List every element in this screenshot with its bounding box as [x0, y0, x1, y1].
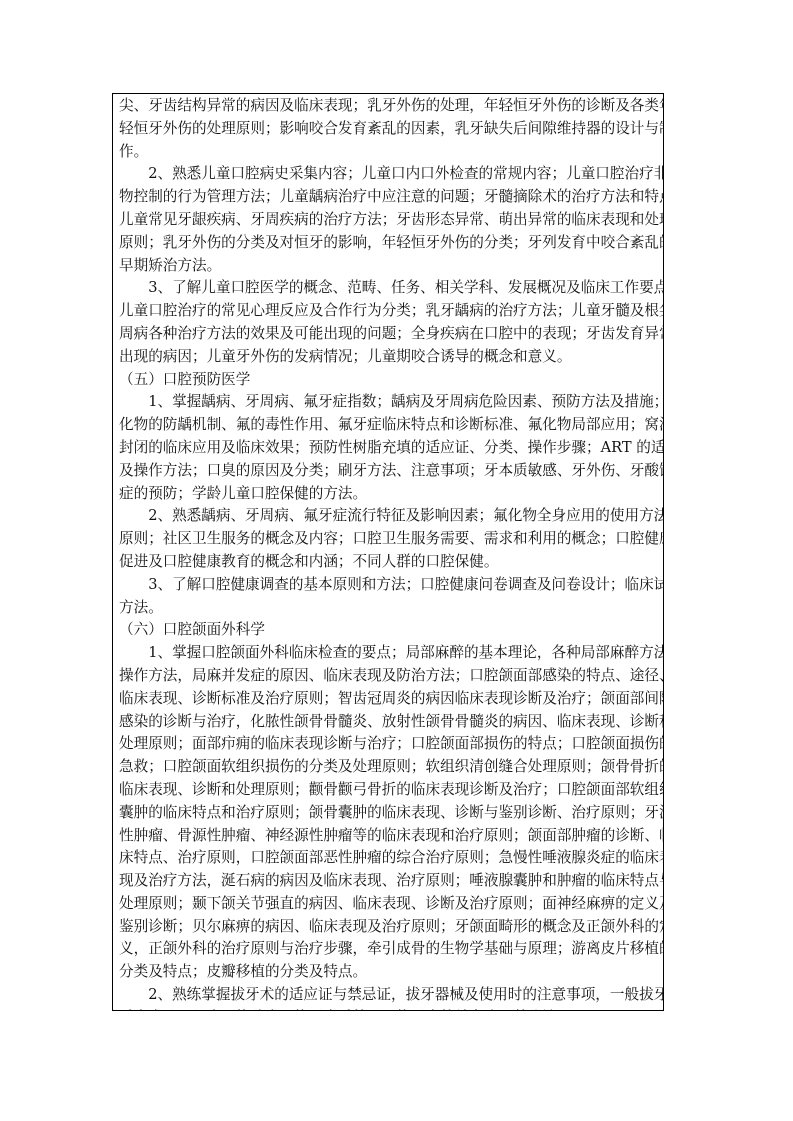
text-line: 操作方法，局麻并发症的原因、临床表现及防治方法；口腔颌面部感染的特点、途径、 [119, 665, 658, 688]
paragraph: 2、熟悉龋病、牙周病、氟牙症流行特征及影响因素；氟化物全身应用的使用方法及原则；… [119, 505, 658, 573]
section-heading: （五）口腔预防医学 [119, 369, 658, 392]
paragraph: 3、了解口腔健康调查的基本原则和方法；口腔健康问卷调查及问卷设计；临床试验方法。 [119, 574, 658, 620]
text-line: 处理原则；颞下颌关节强直的病因、临床表现、诊断及治疗原则；面神经麻痹的定义及 [119, 893, 658, 916]
text-line: 处理原则；面部疖痈的临床表现诊断与治疗；口腔颌面部损伤的特点；口腔颌面损伤的 [119, 733, 658, 756]
text-line: 原则；社区卫生服务的概念及内容；口腔卫生服务需要、需求和利用的概念；口腔健康 [119, 528, 658, 551]
text-line: 儿童口腔治疗的常见心理反应及合作行为分类；乳牙龋病的治疗方法；儿童牙髓及根尖 [119, 300, 658, 323]
paragraph: 3、了解儿童口腔医学的概念、范畴、任务、相关学科、发展概况及临床工作要点；儿童口… [119, 277, 658, 368]
text-line: 症的预防；学龄儿童口腔保健的方法。 [119, 483, 658, 506]
paragraph: 1、掌握口腔颌面外科临床检查的要点；局部麻醉的基本理论，各种局部麻醉方法的操作方… [119, 642, 658, 984]
syllabus-text-box: 尖、牙齿结构异常的病因及临床表现；乳牙外伤的处理，年轻恒牙外伤的诊断及各类年轻恒… [112, 93, 664, 1011]
section-heading: （六）口腔颌面外科学 [119, 619, 658, 642]
text-line: 3、了解口腔健康调查的基本原则和方法；口腔健康问卷调查及问卷设计；临床试验 [119, 574, 658, 597]
text-line: 物控制的行为管理方法；儿童龋病治疗中应注意的问题；牙髓摘除术的治疗方法和特点； [119, 186, 658, 209]
text-line: 3、了解儿童口腔医学的概念、范畴、任务、相关学科、发展概况及临床工作要点； [119, 277, 658, 300]
text-line: 化物的防龋机制、氟的毒性作用、氟牙症临床特点和诊断标准、氟化物局部应用；窝沟 [119, 414, 658, 437]
text-line: 促进及口腔健康教育的概念和内涵；不同人群的口腔保健。 [119, 551, 658, 574]
text-line: 尖、牙齿结构异常的病因及临床表现；乳牙外伤的处理，年轻恒牙外伤的诊断及各类年 [119, 95, 658, 118]
text-line: 临床表现、诊断和处理原则；颧骨颧弓骨折的临床表现诊断及治疗；口腔颌面部软组织 [119, 779, 658, 802]
text-line: 方法。 [119, 597, 658, 620]
paragraph: 1、掌握龋病、牙周病、氟牙症指数；龋病及牙周病危险因素、预防方法及措施；氟化物的… [119, 391, 658, 505]
text-line: 义，正颌外科的治疗原则与治疗步骤，牵引成骨的生物学基础与原理；游离皮片移植的 [119, 938, 658, 961]
text-line: 周病各种治疗方法的效果及可能出现的问题；全身疾病在口腔中的表现；牙齿发育异常 [119, 323, 658, 346]
text-line: 囊肿的临床特点和治疗原则；颌骨囊肿的临床表现、诊断与鉴别诊断、治疗原则；牙源 [119, 802, 658, 825]
text-line: 性肿瘤、骨源性肿瘤、神经源性肿瘤等的临床表现和治疗原则；颌面部肿瘤的诊断、临 [119, 825, 658, 848]
text-line: 分类及特点；皮瓣移植的分类及特点。 [119, 961, 658, 984]
text-line: 2、熟悉龋病、牙周病、氟牙症流行特征及影响因素；氟化物全身应用的使用方法及 [119, 505, 658, 528]
text-line: 2、熟练掌握拔牙术的适应证与禁忌证，拔牙器械及使用时的注意事项，一般拔牙术 [119, 984, 658, 1007]
paragraph: 2、熟悉儿童口腔病史采集内容；儿童口内口外检查的常规内容；儿童口腔治疗非药物控制… [119, 163, 658, 277]
text-line: 临床表现、诊断标准及治疗原则；智齿冠周炎的病因临床表现诊断及治疗；颌面部间隙 [119, 688, 658, 711]
text-line: 感染的诊断与治疗，化脓性颌骨骨髓炎、放射性颌骨骨髓炎的病因、临床表现、诊断和 [119, 711, 658, 734]
heading-text: （五）口腔预防医学 [119, 369, 658, 392]
text-line: 手术步骤、阻生牙拔除术、拔牙术后处理、拔牙术的并发症及其防治。 [119, 1007, 658, 1011]
text-line: 急救；口腔颌面软组织损伤的分类及处理原则；软组织清创缝合处理原则；颌骨骨折的 [119, 756, 658, 779]
text-line: 现及治疗方法，涎石病的病因及临床表现、治疗原则；唾液腺囊肿和肿瘤的临床特点与 [119, 870, 658, 893]
text-line: 及操作方法；口臭的原因及分类；刷牙方法、注意事项；牙本质敏感、牙外伤、牙酸蚀 [119, 460, 658, 483]
text-line: 原则；乳牙外伤的分类及对恒牙的影响，年轻恒牙外伤的分类；牙列发育中咬合紊乱的 [119, 232, 658, 255]
text-line: 床特点、治疗原则，口腔颌面部恶性肿瘤的综合治疗原则；急慢性唾液腺炎症的临床表 [119, 847, 658, 870]
text-line: 轻恒牙外伤的处理原则；影响咬合发育紊乱的因素，乳牙缺失后间隙维持器的设计与制 [119, 118, 658, 141]
text-line: 早期矫治方法。 [119, 255, 658, 278]
text-line: 1、掌握口腔颌面外科临床检查的要点；局部麻醉的基本理论，各种局部麻醉方法的 [119, 642, 658, 665]
text-line: 儿童常见牙龈疾病、牙周疾病的治疗方法；牙齿形态异常、萌出异常的临床表现和处理 [119, 209, 658, 232]
heading-text: （六）口腔颌面外科学 [119, 619, 658, 642]
text-line: 出现的病因；儿童牙外伤的发病情况；儿童期咬合诱导的概念和意义。 [119, 346, 658, 369]
text-line: 封闭的临床应用及临床效果；预防性树脂充填的适应证、分类、操作步骤；ART 的适应… [119, 437, 658, 460]
text-line: 1、掌握龋病、牙周病、氟牙症指数；龋病及牙周病危险因素、预防方法及措施；氟 [119, 391, 658, 414]
paragraph: 2、熟练掌握拔牙术的适应证与禁忌证，拔牙器械及使用时的注意事项，一般拔牙术手术步… [119, 984, 658, 1011]
text-line: 作。 [119, 141, 658, 164]
paragraph-continued: 尖、牙齿结构异常的病因及临床表现；乳牙外伤的处理，年轻恒牙外伤的诊断及各类年轻恒… [119, 95, 658, 163]
text-line: 2、熟悉儿童口腔病史采集内容；儿童口内口外检查的常规内容；儿童口腔治疗非药 [119, 163, 658, 186]
text-line: 鉴别诊断；贝尔麻痹的病因、临床表现及治疗原则；牙颌面畸形的概念及正颌外科的定 [119, 916, 658, 939]
